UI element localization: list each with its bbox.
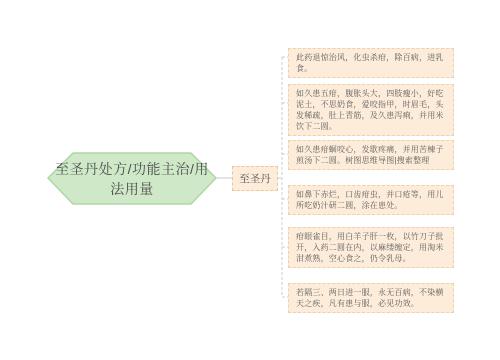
branch-node-5[interactable]: 疳眼雀目，用白羊子肝一枚，以竹刀子批开，入药二圆在内，以麻缕缠定，用淘米泔煮熟，… [288,227,454,268]
center-node[interactable]: 至圣丹 [232,166,278,191]
branch-node-6[interactable]: 若隔三、两日进一服，永无百病，不染横天之疾，凡有患与服，必见功效。 [288,283,454,313]
branch-node-2[interactable]: 如久患五疳，腹胀头大，四肢瘦小，好吃泥土，不思奶食，爱咬指甲，时眉毛，头发稀疏，… [288,84,454,136]
branch-node-1[interactable]: 此药退惊治风，化虫杀疳，除百病，进乳食。 [288,48,454,78]
root-node-label[interactable]: 至圣丹处方/功能主治/用法用量 [52,156,212,202]
mindmap-canvas: 至圣丹处方/功能主治/用法用量 至圣丹 此药退惊治风，化虫杀疳，除百病，进乳食。… [0,0,500,360]
branch-node-3[interactable]: 如久患疳蛔咬心，发歇疼痛，并用苦楝子煎汤下二圆。树图思维导图|搜索整理 [288,140,454,170]
branch-node-4[interactable]: 如鼻下赤烂，口齿疳虫，并口疮等，用儿所吃奶汁研二圆，涂在患处。 [288,185,454,215]
